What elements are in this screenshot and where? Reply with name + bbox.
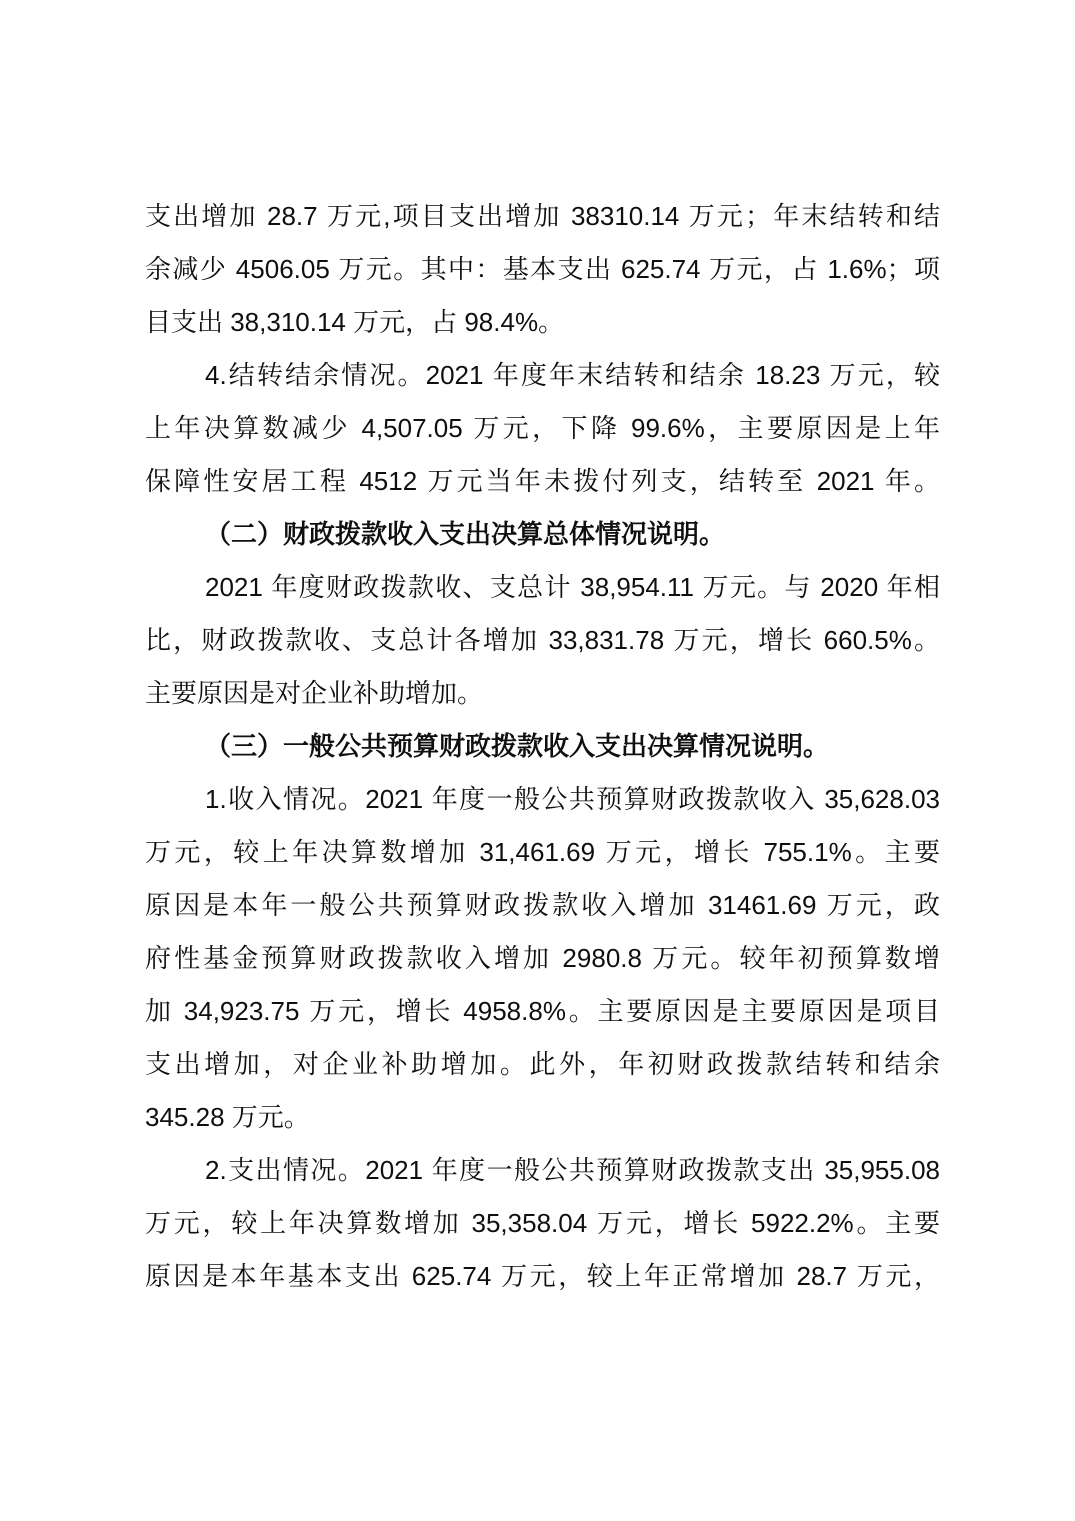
text-line: 加 34,923.75 万元，增长 4958.8%。主要原因是主要原因是项目 <box>145 985 940 1038</box>
text-line: 府性基金预算财政拨款收入增加 2980.8 万元。较年初预算数增 <box>145 932 940 985</box>
text-line: 余减少 4506.05 万元。其中：基本支出 625.74 万元，占 1.6%；… <box>145 243 940 296</box>
text-line: 支出增加 28.7 万元,项目支出增加 38310.14 万元；年末结转和结 <box>145 190 940 243</box>
text-line: 保障性安居工程 4512 万元当年未拨付列支，结转至 2021 年。 <box>145 455 940 508</box>
text-line: 2.支出情况。2021 年度一般公共预算财政拨款支出 35,955.08 <box>145 1144 940 1197</box>
text-line: 2021 年度财政拨款收、支总计 38,954.11 万元。与 2020 年相 <box>145 561 940 614</box>
text-line: 345.28 万元。 <box>145 1091 940 1144</box>
text-line: 原因是本年一般公共预算财政拨款收入增加 31461.69 万元，政 <box>145 879 940 932</box>
text-line: 万元，较上年决算数增加 31,461.69 万元，增长 755.1%。主要 <box>145 826 940 879</box>
section-heading-2: （二）财政拨款收入支出决算总体情况说明。 <box>145 508 940 561</box>
text-line: 万元，较上年决算数增加 35,358.04 万元，增长 5922.2%。主要 <box>145 1197 940 1250</box>
document-page: 支出增加 28.7 万元,项目支出增加 38310.14 万元；年末结转和结 余… <box>0 0 1075 1521</box>
text-line: 原因是本年基本支出 625.74 万元，较上年正常增加 28.7 万元， <box>145 1250 940 1303</box>
text-line: 4.结转结余情况。2021 年度年末结转和结余 18.23 万元，较 <box>145 349 940 402</box>
text-line: 1.收入情况。2021 年度一般公共预算财政拨款收入 35,628.03 <box>145 773 940 826</box>
text-line: 目支出 38,310.14 万元，占 98.4%。 <box>145 296 940 349</box>
text-line: 支出增加，对企业补助增加。此外，年初财政拨款结转和结余 <box>145 1038 940 1091</box>
text-block: 支出增加 28.7 万元,项目支出增加 38310.14 万元；年末结转和结 余… <box>145 190 940 1303</box>
text-line: 主要原因是对企业补助增加。 <box>145 667 940 720</box>
text-line: 比，财政拨款收、支总计各增加 33,831.78 万元，增长 660.5%。 <box>145 614 940 667</box>
text-line: 上年决算数减少 4,507.05 万元，下降 99.6%，主要原因是上年 <box>145 402 940 455</box>
section-heading-3: （三）一般公共预算财政拨款收入支出决算情况说明。 <box>145 720 940 773</box>
